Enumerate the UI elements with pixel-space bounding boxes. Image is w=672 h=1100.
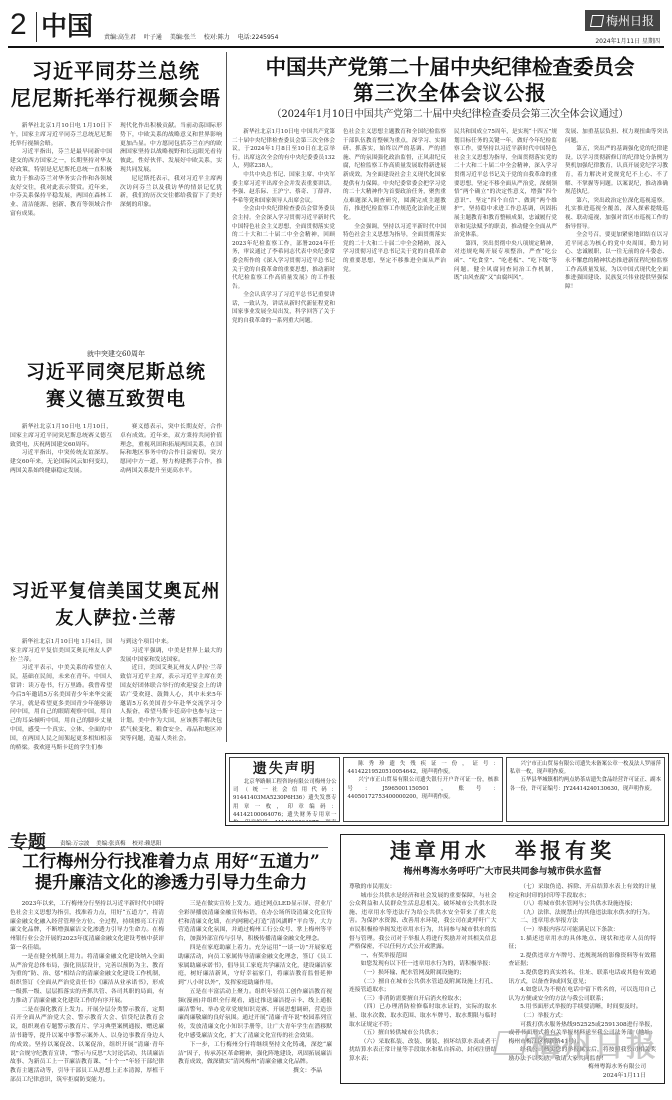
water-report-notice: 违章用水 举报有奖 梅州粤海水务呼吁广大市民共同参与城市供水监督 尊敬的市民朋友…: [340, 834, 665, 1084]
watermark-text: 梅州日报: [530, 1021, 658, 1065]
paragraph: 3.提供您的真实姓名、住址、联系电话或其他有效通讯方式，以备查询或回复意见；: [509, 969, 657, 986]
paragraph: 4.如您认为不便在电话中留下姓名的，可以选用自己认为方便或安全的方法与我公司联系…: [509, 986, 657, 1003]
page-separator: [36, 12, 37, 42]
paragraph: 五是在丰富活动上聚力。组织年轻员工创作廉洁教育视频(漫画)并组织全行观看，通过推…: [178, 988, 332, 1041]
headline-line1: 中国共产党第二十届中央纪律检查委员会: [232, 54, 668, 80]
newspaper-watermark: 梅州日报: [496, 1021, 658, 1065]
headline-line1: 工行梅州分行找准着力点 用好“五道力”: [10, 852, 332, 873]
editor-credits: 责编:高生君 叶子通 美编:张兰 校对:陈力 电话:2245954: [104, 32, 278, 41]
paragraph: 第四，突出贯彻中央八项规定精神，对违规吃喝开展专项整治，严查“吃公函”、“吃食堂…: [454, 240, 557, 283]
notice-box-2: 陈秀珍遗失残疾证一份，证号：44142219520510054642，现声明作废…: [343, 757, 502, 822]
headline-line2: 尼尼斯托举行视频会晤: [10, 85, 222, 112]
paragraph: 新华社北京1月10日电 1月10日下午，国家主席习近平同芬兰总统尼尼斯托举行视频…: [10, 122, 112, 148]
paragraph: 第五，突出严的基调强化党的纪律建设。以学习贯彻新修订的纪律处分条例为契机加强纪律…: [565, 145, 668, 197]
headline-line2: 友人萨拉·兰蒂: [10, 605, 222, 632]
paragraph: （九）法律、法规禁止的其他违法取水供水的行为。: [509, 909, 657, 918]
paragraph: 城市公共供水是经济和社会发展的重要保障，与社会公众利益和人民群众生活息息相关。破…: [349, 892, 497, 952]
article-body: 新华社北京1月10日电 1月10日，国家主席习近平同突尼斯总统赛义德互致贺电，庆…: [10, 423, 222, 476]
paragraph: 习近平表示，中美关系的希望在人民，基础在民间，未来在青年。中国人常讲：读万卷书，…: [10, 664, 112, 752]
paragraph: （五）擅自转供城市公共供水；: [349, 1029, 497, 1038]
body-column-2: 赛义德表示，突中长期友好，合作卓有成效。近年来，双方秉持共同价值理念，重视巩固和…: [120, 423, 222, 476]
byline: 撰文：李晶: [178, 1067, 332, 1076]
section-name: 中国: [41, 12, 93, 42]
paragraph: 一、有奖举报范围: [349, 952, 497, 961]
notice-title: 违章用水 举报有奖: [349, 839, 656, 863]
body-column-1: 新华社北京1月10日电 中国共产党第二十届中央纪律检查委员会第三次全体会议，于2…: [232, 128, 335, 326]
headline-line2: 赛义德互致贺电: [10, 386, 222, 413]
paragraph: 中共中央总书记、国家主席、中央军委主席习近平出席全会并发表重要讲话。李强、赵乐际…: [232, 171, 335, 205]
article-body: 新华社北京1月10日电 中国共产党第二十届中央纪律检查委员会第三次全体会议，于2…: [232, 128, 668, 326]
paragraph: 四是在家庭助廉上着力。充分运用“一谈一访”开展家庭助廉活动，向员工家属传导清廉金…: [178, 944, 332, 988]
paragraph: 全会由中央纪律检查委员会常务委员会主持。全会深入学习贯彻习近平新时代中国特色社会…: [232, 205, 335, 291]
paragraph: 尼尼斯托表示，我对习近平主席两次访问芬兰以及我访华的情景记忆犹新，我们的历次交往…: [120, 175, 222, 210]
body-column-1: 尊敬的市民朋友： 城市公共供水是经济和社会发展的重要保障，与社会公众利益和人民群…: [349, 883, 497, 1081]
page-number: 2: [10, 10, 27, 40]
paragraph: 5.用书面形式举报的手续要清晰，时间要及时。: [509, 1003, 657, 1012]
paragraph: 尊敬的市民朋友：: [349, 883, 497, 892]
paragraph: 全会号召，要更加紧密地团结在以习近平同志为核心的党中央周围，勤力同心、忠诚履职，…: [565, 231, 668, 291]
body-column-3: 民共和国成立75周年，是实现“十四五”规划目标任务的关键一年。做好今年纪检监察工…: [454, 128, 557, 326]
article-icbc: 工行梅州分行找准着力点 用好“五道力” 提升廉洁文化的渗透力引导力生命力 202…: [10, 852, 332, 1097]
paragraph: 赛义德表示，突中长期友好，合作卓有成效。近年来，双方秉持共同价值理念，重视巩固和…: [120, 423, 222, 476]
body-column-1: 新华社北京1月10日电 1月10日下午，国家主席习近平同芬兰总统尼尼斯托举行视频…: [10, 122, 112, 219]
body-column-2: 与到这个项目中来。 习近平强调，中美是世界上最大的发展中国家和发达国家。 近日，…: [120, 638, 222, 752]
lost-notice-panel: 遗失声明 北京华路顺工程咨询有限公司梅州分公司（统一社会信用代码：9144140…: [225, 753, 669, 826]
headline-line2: 提升廉洁文化的渗透力引导力生命力: [10, 873, 332, 894]
headline-line1: 习近平复信美国艾奥瓦州: [10, 578, 222, 605]
paragraph: 三是在做实宣传上发力。通过网点LED显示屏、营业厅全彩屏播放清廉金融宣传标语，在…: [178, 900, 332, 944]
newspaper-logo: 梅州日报: [585, 10, 660, 31]
article-ccdi-communique: 中国共产党第二十届中央纪律检查委员会 第三次全体会议公报 （2024年1月10日…: [232, 54, 668, 744]
subheadline: （2024年1月10日中国共产党第二十届中央纪律检查委员会第三次全体会议通过）: [232, 107, 668, 123]
body-column-1: 2023年以来，工行梅州分行坚持以习近平新时代中国特色社会主义思想为指引，找准着…: [10, 900, 164, 1085]
paragraph: 1.描述违章用水的具体地点、现状和违章人员的特征；: [509, 935, 657, 952]
paragraph: 新华社北京1月10日电 中国共产党第二十届中央纪律检查委员会第三次全体会议，于2…: [232, 128, 335, 171]
paragraph: （三）非消防需要擅自开启消火栓取水；: [349, 995, 497, 1004]
body-column-2: 现代化作出积极贡献。当前动荡国际形势下，中欧关系的战略意义和世界影响更加凸显。中…: [120, 122, 222, 219]
paragraph: 2023年以来，工行梅州分行坚持以习近平新时代中国特色社会主义思想为指引，找准着…: [10, 900, 164, 953]
notice-text: 兴宁市正山贸易有限公司遗失银行开户许可证一份，核准号：J596500115050…: [347, 776, 498, 801]
column-divider: [226, 52, 227, 742]
paragraph: 习近平指出，中突传统友谊深厚。建交60年来，无论国际风云如何变幻，两国关系始终健…: [10, 449, 112, 475]
masthead: 2 中国 责编:高生君 叶子通 美编:张兰 校对:陈力 电话:2245954 梅…: [8, 6, 664, 48]
newspaper-name: 梅州日报: [606, 12, 654, 29]
paragraph: 二、违章用水举报方法: [509, 917, 657, 926]
sign-date: 2024年1月11日: [509, 1072, 657, 1081]
paragraph: 习近平强调，中美是世界上最大的发展中国家和发达国家。: [120, 647, 222, 665]
paragraph: （二）举报方式：: [509, 1012, 657, 1021]
paragraph: 下一步，工行梅州分行将继续坚持文化铸魂，深挖“廉洁”因子，传承苏区革命精神，强化…: [178, 1041, 332, 1067]
article-usa: 习近平复信美国艾奥瓦州 友人萨拉·兰蒂 新华社北京1月10日电 1月4日，国家主…: [10, 578, 222, 818]
body-column-2: 色社会主义思想主题教育和全国纪检监察干部队伍教育整顿为重点，深学习、实调研、抓落…: [343, 128, 446, 326]
headline-line1: 习近平同芬兰总统: [10, 58, 222, 85]
paragraph: 近日，美国艾奥瓦州友人萨拉·兰蒂致信习近平主席，表示习近平主席在美国友好团体联合…: [120, 664, 222, 743]
paragraph: 新华社北京1月10日电 1月4日，国家主席习近平复信美国艾奥瓦州友人萨拉·兰蒂。: [10, 638, 112, 664]
paragraph: 如您发现有以下任一违章用水行为的，请积极举报：: [349, 960, 497, 969]
paragraph: （一）损坏输、配水管网及附属设施的；: [349, 969, 497, 978]
notice-text: 北京华路顺工程咨询有限公司梅州分公司（统一社会信用代码：91441403MA52…: [233, 778, 336, 822]
paragraph: 全会认真学习了习近平总书记重要讲话，一致认为，讲话从新时代新征程党和国家事业发展…: [232, 291, 335, 325]
notice-text: 五华县华城镇相约两点奶茶店遗失食品经营许可证正、副本各一份，许可证编号：JY24…: [510, 776, 661, 792]
paragraph: 新华社北京1月10日电 1月10日，国家主席习近平同突尼斯总统赛义德互致贺电，庆…: [10, 423, 112, 449]
paragraph: 第六，突出政治定位深化巡视巡察。扎实推进巡视全覆盖，深入探索提级巡视、联动巡视，…: [565, 197, 668, 231]
paragraph: （七）采取伪造、拆除、开启结算水表上有效的计量检定和封印的封印等手段取水；: [509, 883, 657, 900]
body-column-4: 发展、加重基层负担、权力观扭曲等突出问题。 第五，突出严的基调强化党的纪律建设。…: [565, 128, 668, 326]
article-tunisia: 就中突建交60周年 习近平同突尼斯总统 赛义德互致贺电 新华社北京1月10日电 …: [10, 349, 222, 569]
paragraph: 色社会主义思想主题教育和全国纪检监察干部队伍教育整顿为重点，深学习、实调研、抓落…: [343, 128, 446, 223]
body-column-1: 新华社北京1月10日电 1月10日，国家主席习近平同突尼斯总统赛义德互致贺电，庆…: [10, 423, 112, 476]
article-body: 新华社北京1月10日电 1月4日，国家主席习近平复信美国艾奥瓦州友人萨拉·兰蒂。…: [10, 638, 222, 752]
body-column-2: 三是在做实宣传上发力。通过网点LED显示屏、营业厅全彩屏播放清廉金融宣传标语，在…: [178, 900, 332, 1085]
special-section-title: 专题: [10, 828, 46, 854]
logo-mountain-icon: [590, 15, 604, 27]
notice-box-1: 遗失声明 北京华路顺工程咨询有限公司梅州分公司（统一社会信用代码：9144140…: [229, 757, 340, 822]
notice-subtitle: 梅州粤海水务呼吁广大市民共同参与城市供水监督: [349, 864, 656, 877]
notice-title: 遗失声明: [233, 760, 336, 778]
special-section-header: 专题 责编:万宗波 美编:张真梅 校对:赖思阳: [8, 828, 328, 848]
paragraph: （六）采取私装、改装、倒装、损坏结算水表或者干扰结算水表正常计量等手段取水和私自…: [349, 1038, 497, 1064]
article-body: 新华社北京1月10日电 1月10日下午，国家主席习近平同芬兰总统尼尼斯托举行视频…: [10, 122, 222, 219]
paragraph: （二）擅自在城市公共供水管道及附属设施上打孔、连接管道取水；: [349, 978, 497, 995]
body-column-1: 新华社北京1月10日电 1月4日，国家主席习近平复信美国艾奥瓦州友人萨拉·兰蒂。…: [10, 638, 112, 752]
notice-box-3: 兴宁市正山贸易有限公司遗失未备案公章一枚及法人罗丽萍私章一枚，现声明作废。 五华…: [506, 757, 665, 822]
headline-line1: 习近平同突尼斯总统: [10, 359, 222, 386]
paragraph: 民共和国成立75周年，是实现“十四五”规划目标任务的关键一年。做好今年纪检监察工…: [454, 128, 557, 240]
paragraph: 发展、加重基层负担、权力观扭曲等突出问题。: [565, 128, 668, 145]
paragraph: 全会强调，坚持以习近平新时代中国特色社会主义思想为指导，全面贯彻落实党的二十大和…: [343, 223, 446, 275]
notice-text: 陈秀珍遗失残疾证一份，证号：44142219520510054642，现声明作废…: [347, 760, 498, 776]
paragraph: 与到这个项目中来。: [120, 638, 222, 647]
article-finland: 习近平同芬兰总统 尼尼斯托举行视频会晤 新华社北京1月10日电 1月10日下午，…: [10, 56, 222, 336]
issue-date: 2024年1月11日 星期四: [595, 36, 660, 45]
watermark-logo-icon: [493, 1031, 528, 1055]
paragraph: 现代化作出积极贡献。当前动荡国际形势下，中欧关系的战略意义和世界影响更加凸显。中…: [120, 122, 222, 175]
kicker: 就中突建交60周年: [10, 349, 222, 359]
paragraph: 2.提供违章方车牌号、违规现场的影像资料等有效稽查证据；: [509, 952, 657, 969]
paragraph: 一是在健全机制上用力。将清廉金融文化建设纳入全面从严治党总体布局，强化顶层设计，…: [10, 953, 164, 1006]
paragraph: 习近平指出，芬兰是最早同新中国建交的西方国家之一，长期坚持对华友好政策，特别是尼…: [10, 148, 112, 218]
notice-text: 兴宁市正山贸易有限公司遗失未备案公章一枚及法人罗丽萍私章一枚，现声明作废。: [510, 760, 661, 776]
paragraph: 二是在强化教育上发力。开展分层分类警示教育，定期召开全面从严治党大会、警示教育大…: [10, 1006, 164, 1085]
headline-line2: 第三次全体会议公报: [232, 80, 668, 106]
paragraph: （八）将城市供水管网与公共供水设施连接；: [509, 900, 657, 909]
paragraph: （四）已办理消防检修临时取水证的，实际的取水量、取水次数、取水范围、取水车牌号、…: [349, 1003, 497, 1029]
paragraph: （一）举报内容尽可能满足以下条款：: [509, 926, 657, 935]
article-body: 2023年以来，工行梅州分行坚持以习近平新时代中国特色社会主义思想为指引，找准着…: [10, 900, 332, 1085]
special-section-credits: 责编:万宗波 美编:张真梅 校对:赖思阳: [60, 839, 162, 847]
